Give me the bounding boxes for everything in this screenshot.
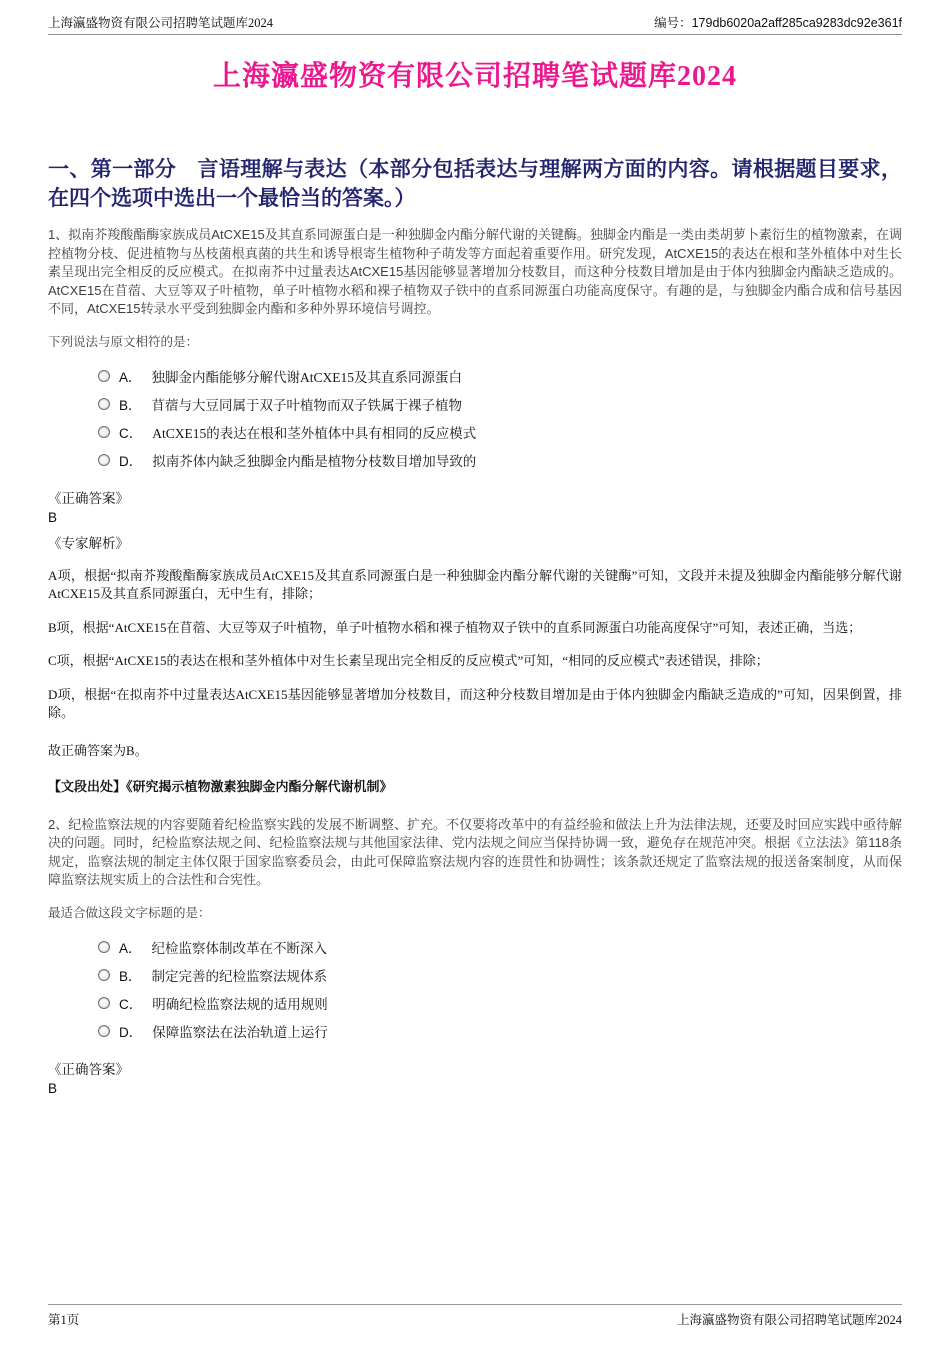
analysis-paragraph-b: B项，根据“AtCXE15在苜蓿、大豆等双子叶植物，单子叶植物水稻和裸子植物双子…	[48, 619, 902, 638]
section-heading: 一、第一部分 言语理解与表达（本部分包括表达与理解两方面的内容。请根据题目要求，…	[48, 155, 902, 213]
option-row-a[interactable]: A． 独脚金内酯能够分解代谢AtCXE15及其直系同源蛋白	[98, 362, 902, 390]
question-stem: 1、拟南芥羧酸酯酶家族成员AtCXE15及其直系同源蛋白是一种独脚金内酯分解代谢…	[48, 226, 902, 319]
question-1: 1、拟南芥羧酸酯酶家族成员AtCXE15及其直系同源蛋白是一种独脚金内酯分解代谢…	[48, 226, 902, 795]
footer-doc-title: 上海瀛盛物资有限公司招聘笔试题库2024	[677, 1310, 902, 1328]
option-letter: C．	[119, 993, 142, 1013]
question-prompt: 下列说法与原文相符的是：	[48, 332, 902, 350]
option-row-c[interactable]: C． AtCXE15的表达在根和茎外植体中具有相同的反应模式	[98, 418, 902, 446]
radio-button[interactable]	[98, 370, 110, 382]
option-letter: D．	[119, 1021, 142, 1041]
correct-answer-value: B	[48, 1081, 902, 1096]
page-footer: 第1页 上海瀛盛物资有限公司招聘笔试题库2024	[48, 1304, 902, 1328]
question-stem: 2、纪检监察法规的内容要随着纪检监察实践的发展不断调整、扩充。不仅要将改革中的有…	[48, 816, 902, 890]
option-row-d[interactable]: D． 保障监察法在法治轨道上运行	[98, 1017, 902, 1045]
header-doc-code: 编号：179db6020a2aff285ca9283dc92e361f	[654, 13, 902, 31]
option-letter: B．	[119, 965, 142, 985]
radio-button[interactable]	[98, 398, 110, 410]
correct-answer-label: 《正确答案》	[48, 487, 902, 507]
option-row-b[interactable]: B． 苜蓿与大豆同属于双子叶植物而双子铁属于裸子植物	[98, 390, 902, 418]
option-row-c[interactable]: C． 明确纪检监察法规的适用规则	[98, 989, 902, 1017]
option-letter: A．	[119, 366, 142, 386]
option-row-b[interactable]: B． 制定完善的纪检监察法规体系	[98, 961, 902, 989]
radio-button[interactable]	[98, 969, 110, 981]
header-doc-title: 上海瀛盛物资有限公司招聘笔试题库2024	[48, 13, 273, 31]
passage-source-line: 【文段出处】《研究揭示植物激素独脚金内酯分解代谢机制》	[48, 776, 902, 795]
radio-button[interactable]	[98, 454, 110, 466]
option-text: 纪检监察体制改革在不断深入	[152, 937, 328, 957]
radio-button[interactable]	[98, 997, 110, 1009]
option-row-a[interactable]: A． 纪检监察体制改革在不断深入	[98, 933, 902, 961]
analysis-paragraph-a: A项，根据“拟南芥羧酸酯酶家族成员AtCXE15及其直系同源蛋白是一种独脚金内酯…	[48, 567, 902, 604]
analysis-paragraph-c: C项，根据“AtCXE15的表达在根和茎外植体中对生长素呈现出完全相反的反应模式…	[48, 652, 902, 671]
radio-button[interactable]	[98, 941, 110, 953]
radio-button[interactable]	[98, 426, 110, 438]
option-text: 苜蓿与大豆同属于双子叶植物而双子铁属于裸子植物	[152, 394, 463, 414]
correct-answer-value: B	[48, 510, 902, 525]
option-text: 保障监察法在法治轨道上运行	[152, 1021, 328, 1041]
code-label: 编号：	[654, 16, 692, 30]
option-letter: D．	[119, 450, 142, 470]
option-row-d[interactable]: D． 拟南芥体内缺乏独脚金内酯是植物分枝数目增加导致的	[98, 446, 902, 474]
expert-analysis-label: 《专家解析》	[48, 532, 902, 552]
option-text: 拟南芥体内缺乏独脚金内酯是植物分枝数目增加导致的	[152, 450, 476, 470]
document-page: 上海瀛盛物资有限公司招聘笔试题库2024 编号：179db6020a2aff28…	[0, 0, 950, 1096]
options-group: A． 纪检监察体制改革在不断深入 B． 制定完善的纪检监察法规体系 C． 明确纪…	[98, 933, 902, 1045]
option-letter: A．	[119, 937, 142, 957]
option-text: AtCXE15的表达在根和茎外植体中具有相同的反应模式	[152, 422, 476, 442]
conclusion-line: 故正确答案为B。	[48, 740, 902, 759]
doc-title: 上海瀛盛物资有限公司招聘笔试题库2024	[48, 54, 902, 94]
option-text: 制定完善的纪检监察法规体系	[152, 965, 328, 985]
page-header: 上海瀛盛物资有限公司招聘笔试题库2024 编号：179db6020a2aff28…	[48, 13, 902, 35]
option-letter: C．	[119, 422, 142, 442]
option-text: 明确纪检监察法规的适用规则	[152, 993, 328, 1013]
option-letter: B．	[119, 394, 142, 414]
correct-answer-label: 《正确答案》	[48, 1058, 902, 1078]
question-prompt: 最适合做这段文字标题的是：	[48, 903, 902, 921]
analysis-paragraph-d: D项，根据“在拟南芥中过量表达AtCXE15基因能够显著增加分枝数目，而这种分枝…	[48, 686, 902, 723]
options-group: A． 独脚金内酯能够分解代谢AtCXE15及其直系同源蛋白 B． 苜蓿与大豆同属…	[98, 362, 902, 474]
option-text: 独脚金内酯能够分解代谢AtCXE15及其直系同源蛋白	[152, 366, 463, 386]
footer-page-number: 第1页	[48, 1310, 79, 1328]
code-value: 179db6020a2aff285ca9283dc92e361f	[692, 16, 902, 30]
question-2: 2、纪检监察法规的内容要随着纪检监察实践的发展不断调整、扩充。不仅要将改革中的有…	[48, 816, 902, 1096]
radio-button[interactable]	[98, 1025, 110, 1037]
